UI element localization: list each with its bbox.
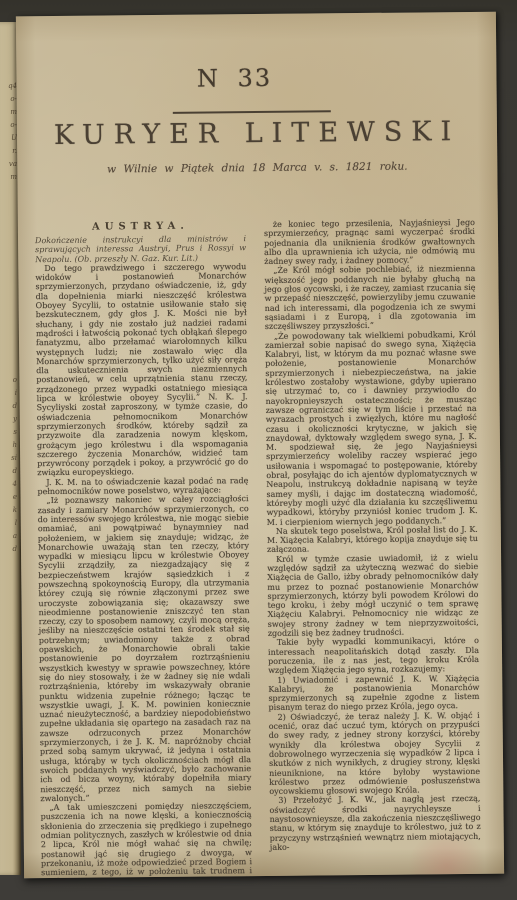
article-paragraph: że koniec tego przesilenia, Nayjaśnieysi… xyxy=(264,218,475,267)
edge-text-fragment: si xyxy=(11,452,17,465)
article-paragraph: 1) Uwiadomić i zapewnić J. K. W. Xiążęci… xyxy=(268,673,479,712)
edge-text-fragment: m xyxy=(8,106,17,119)
edge-text-fragment: d xyxy=(11,543,17,556)
edge-text-fragment: h xyxy=(11,439,17,452)
article-paragraph: 3) Przełożyć J. K. W., jak nagłą jest rz… xyxy=(269,794,481,852)
adjacent-page-text-fragments-mid: oidyshsid4eklad xyxy=(11,374,17,556)
edge-text-fragment: l xyxy=(11,517,17,530)
edge-text-fragment: d xyxy=(11,465,17,478)
edge-text-fragment: e xyxy=(11,491,17,504)
section-heading: AUSTRYA. xyxy=(35,220,246,233)
right-column: że koniec tego przesilenia, Nayjaśnieysi… xyxy=(264,218,481,878)
dateline: w Wilnie w Piątek dnia 18 Marca v. s. 18… xyxy=(17,160,497,177)
edge-text-fragment: m xyxy=(8,171,17,184)
masthead-rule xyxy=(173,110,331,114)
edge-text-fragment: k xyxy=(11,504,17,517)
article-paragraph: Do tego prawdziwego i szczerego wywodu w… xyxy=(35,262,248,478)
edge-text-fragment: o xyxy=(11,374,17,387)
article-paragraph: Na skutek tego poselstwa, Król posłał li… xyxy=(267,525,478,555)
article-paragraph: Król w tymże czasie uwiadomił, iż z wiel… xyxy=(267,553,479,639)
article-paragraph: „Że Król mógł sobie pochlebiać, iż niezm… xyxy=(264,264,476,331)
edge-text-fragment: s xyxy=(11,426,17,439)
article-paragraph: Takie były wypadki kommunikacyi, które o… xyxy=(268,636,479,675)
article-paragraph: „Że powodowany tak wielkiemi pobudkami, … xyxy=(265,329,478,526)
edge-text-fragment: y xyxy=(11,413,17,426)
article-columns: AUSTRYA. Dokończenie instrukcyi dla mini… xyxy=(35,218,481,878)
article-paragraph: 2) Oświadczyć, że teraz należy J. K. W. … xyxy=(269,711,481,797)
edge-text-fragment: d xyxy=(11,400,17,413)
masthead: N 33 KURYER LITEWSKI w Wilnie w Piątek d… xyxy=(16,12,496,17)
article-paragraph: „Iż poznawszy nakoniec w całey rozciągło… xyxy=(37,494,251,803)
newspaper-title: KURYER LITEWSKI xyxy=(17,116,497,152)
article-subtitle: Dokończenie instrukcyi dla ministrów i s… xyxy=(35,234,246,264)
left-column: AUSTRYA. Dokończenie instrukcyi dla mini… xyxy=(35,220,252,878)
edge-text-fragment: i xyxy=(11,387,17,400)
edge-text-fragment: a xyxy=(11,530,17,543)
edge-text-fragment: 4 xyxy=(11,478,17,491)
edge-text-fragment: U xyxy=(8,132,17,145)
article-paragraph: J. K. M. na to oświadczenie kazał podać … xyxy=(37,476,248,497)
left-column-paragraphs: Do tego prawdziwego i szczerego wywodu w… xyxy=(35,262,252,878)
article-paragraph: „A tak umieszczeni pomiędzy nieszczęście… xyxy=(40,801,252,878)
right-column-paragraphs: że koniec tego przesilenia, Nayjaśnieysi… xyxy=(264,218,481,852)
newspaper-page: N 33 KURYER LITEWSKI w Wilnie w Piątek d… xyxy=(16,12,504,879)
photo-backdrop: q4o-mo-Ur.vam oidyshsid4eklad N 33 KURYE… xyxy=(0,0,517,900)
edge-text-fragment: va xyxy=(8,158,17,171)
edge-text-fragment: r. xyxy=(8,145,17,158)
issue-number: N 33 xyxy=(16,62,452,94)
edge-text-fragment: o- xyxy=(8,119,17,132)
